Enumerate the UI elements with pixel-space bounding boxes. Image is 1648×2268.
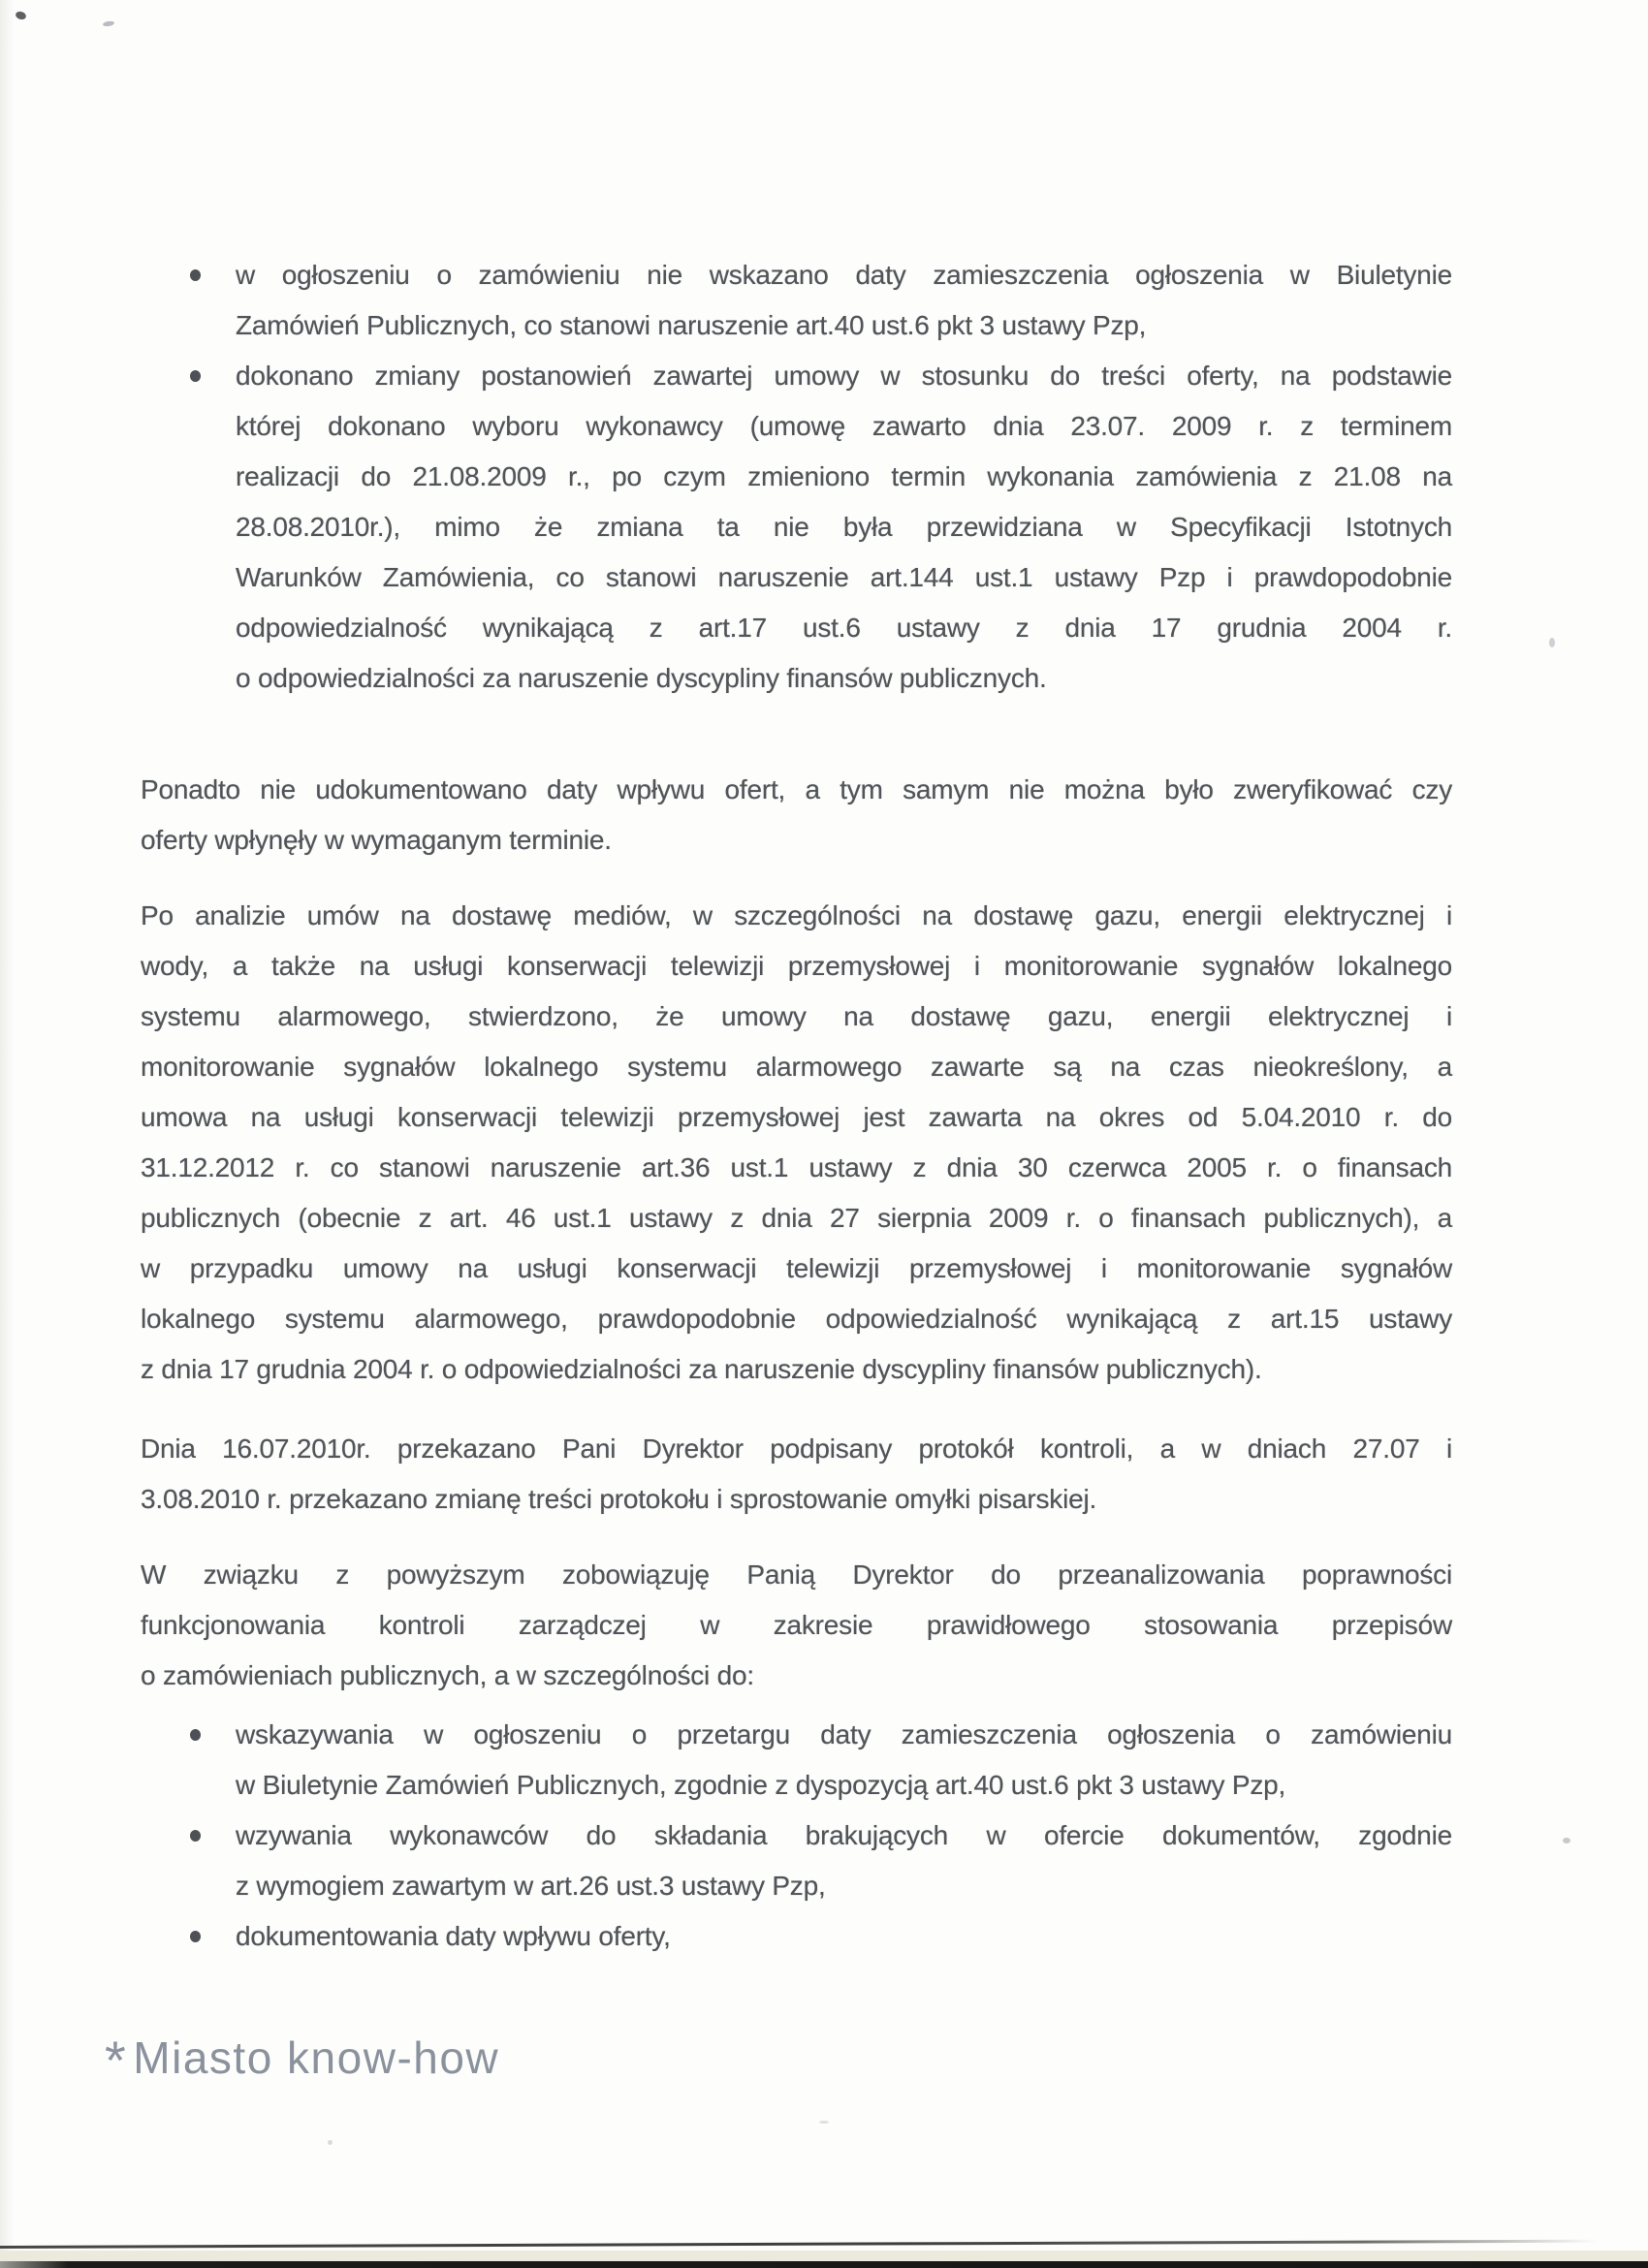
text-line: W związku z powyższym zobowiązuję Panią … — [141, 1550, 1452, 1600]
bullet-item: dokonano zmiany postanowień zawartej umo… — [236, 351, 1452, 704]
text-line: Zamówień Publicznych, co stanowi narusze… — [236, 300, 1452, 351]
document-body: w ogłoszeniu o zamówieniu nie wskazano d… — [0, 0, 1648, 2268]
paragraph: Po analizie umów na dostawę mediów, w sz… — [141, 891, 1452, 1395]
text-line: realizacji do 21.08.2009 r., po czym zmi… — [236, 452, 1452, 502]
ink-speck — [1563, 1838, 1570, 1843]
text-line: z dnia 17 grudnia 2004 r. o odpowiedzial… — [141, 1344, 1452, 1395]
text-line: oferty wpłynęły w wymaganym terminie. — [141, 815, 1452, 866]
text-line: 31.12.2012 r. co stanowi naruszenie art.… — [141, 1143, 1452, 1193]
scanned-document-page: w ogłoszeniu o zamówieniu nie wskazano d… — [0, 0, 1648, 2268]
text-line: Dnia 16.07.2010r. przekazano Pani Dyrekt… — [141, 1424, 1452, 1474]
bullet-dot-icon — [190, 1729, 201, 1741]
asterisk-logo-icon: * — [105, 2033, 127, 2088]
text-line: dokumentowania daty wpływu oferty, — [236, 1911, 1452, 1962]
bullet-item: wzywania wykonawców do składania brakują… — [236, 1811, 1452, 1911]
text-line: wskazywania w ogłoszeniu o przetargu dat… — [236, 1710, 1452, 1760]
bullet-item: w ogłoszeniu o zamówieniu nie wskazano d… — [236, 250, 1452, 351]
text-line: systemu alarmowego, stwierdzono, że umow… — [141, 992, 1452, 1042]
paragraph: Ponadto nie udokumentowano daty wpływu o… — [141, 765, 1452, 866]
bullet-item: wskazywania w ogłoszeniu o przetargu dat… — [236, 1710, 1452, 1811]
text-line: wody, a także na usługi konserwacji tele… — [141, 941, 1452, 992]
text-line: odpowiedzialność wynikającą z art.17 ust… — [236, 603, 1452, 653]
footer-logo: *Miasto know-how — [105, 2028, 499, 2084]
bullet-dot-icon — [190, 370, 201, 382]
bullet-dot-icon — [190, 1830, 201, 1842]
text-line: w przypadku umowy na usługi konserwacji … — [141, 1244, 1452, 1294]
text-line: o zamówieniach publicznych, a w szczegól… — [141, 1651, 1452, 1701]
text-line: wzywania wykonawców do składania brakują… — [236, 1811, 1452, 1861]
text-line: 28.08.2010r.), mimo że zmiana ta nie był… — [236, 502, 1452, 552]
text-line: której dokonano wyboru wykonawcy (umowę … — [236, 401, 1452, 452]
ink-speck — [819, 2121, 829, 2124]
text-line: w Biuletynie Zamówień Publicznych, zgodn… — [236, 1760, 1452, 1811]
ink-speck — [328, 2140, 333, 2145]
text-line: publicznych (obecnie z art. 46 ust.1 ust… — [141, 1193, 1452, 1244]
text-line: monitorowanie sygnałów lokalnego systemu… — [141, 1042, 1452, 1092]
text-line: lokalnego systemu alarmowego, prawdopodo… — [141, 1294, 1452, 1344]
text-line: Ponadto nie udokumentowano daty wpływu o… — [141, 765, 1452, 815]
text-line: w ogłoszeniu o zamówieniu nie wskazano d… — [236, 250, 1452, 300]
text-line: z wymogiem zawartym w art.26 ust.3 ustaw… — [236, 1861, 1452, 1911]
ink-speck — [1549, 638, 1555, 647]
text-line: o odpowiedzialności za naruszenie dyscyp… — [236, 653, 1452, 704]
scan-bottom-edge-band — [0, 2261, 1648, 2268]
bullet-dot-icon — [190, 269, 201, 281]
paragraph: Dnia 16.07.2010r. przekazano Pani Dyrekt… — [141, 1424, 1452, 1525]
text-line: 3.08.2010 r. przekazano zmianę treści pr… — [141, 1474, 1452, 1525]
text-line: Warunków Zamówienia, co stanowi naruszen… — [236, 552, 1452, 603]
footer-brand-text: Miasto know-how — [133, 2032, 499, 2083]
text-line: dokonano zmiany postanowień zawartej umo… — [236, 351, 1452, 401]
text-line: funkcjonowania kontroli zarządczej w zak… — [141, 1600, 1452, 1651]
text-line: umowa na usługi konserwacji telewizji pr… — [141, 1092, 1452, 1143]
bullet-dot-icon — [190, 1931, 201, 1942]
text-line: Po analizie umów na dostawę mediów, w sz… — [141, 891, 1452, 941]
bullet-item: dokumentowania daty wpływu oferty, — [236, 1911, 1452, 1962]
paragraph: W związku z powyższym zobowiązuję Panią … — [141, 1550, 1452, 1701]
